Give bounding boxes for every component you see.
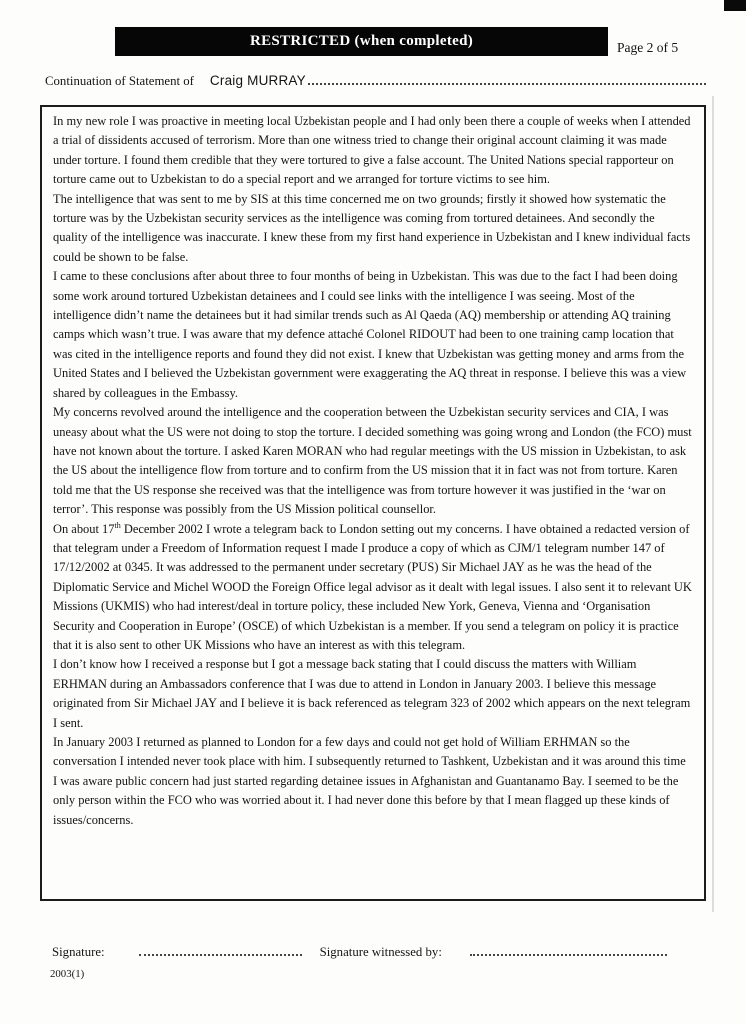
witness-label: Signature witnessed by: (320, 945, 442, 960)
continuation-row: Continuation of Statement of Craig MURRA… (45, 70, 706, 89)
statement-form-page: RESTRICTED (when completed) Page 2 of 5 … (0, 0, 746, 1024)
form-code: 2003(1) (50, 968, 84, 980)
scan-corner-artifact (724, 0, 746, 11)
statement-text-box: In my new role I was proactive in meetin… (40, 105, 706, 901)
signature-line (139, 941, 302, 956)
signature-label: Signature: (52, 945, 105, 960)
signature-row: Signature: Signature witnessed by: (52, 941, 667, 960)
scan-edge-streak (712, 96, 714, 912)
statement-paragraphs: In my new role I was proactive in meetin… (53, 112, 692, 830)
statement-paragraph: In January 2003 I returned as planned to… (53, 733, 692, 830)
statement-paragraph: In my new role I was proactive in meetin… (53, 112, 692, 190)
statement-paragraph: The intelligence that was sent to me by … (53, 190, 692, 268)
statement-paragraph: I don’t know how I received a response b… (53, 655, 692, 733)
classification-banner: RESTRICTED (when completed) (115, 27, 608, 56)
statement-paragraph: On about 17th December 2002 I wrote a te… (53, 520, 692, 656)
statement-paragraph: I came to these conclusions after about … (53, 267, 692, 403)
continuation-label: Continuation of Statement of (45, 74, 194, 89)
page-number-label: Page 2 of 5 (617, 40, 678, 56)
statement-maker-name: Craig MURRAY (210, 73, 306, 88)
statement-paragraph: My concerns revolved around the intellig… (53, 403, 692, 519)
witness-signature-line (470, 941, 667, 956)
classification-text: RESTRICTED (when completed) (250, 33, 473, 50)
name-dotted-leader (308, 70, 706, 85)
